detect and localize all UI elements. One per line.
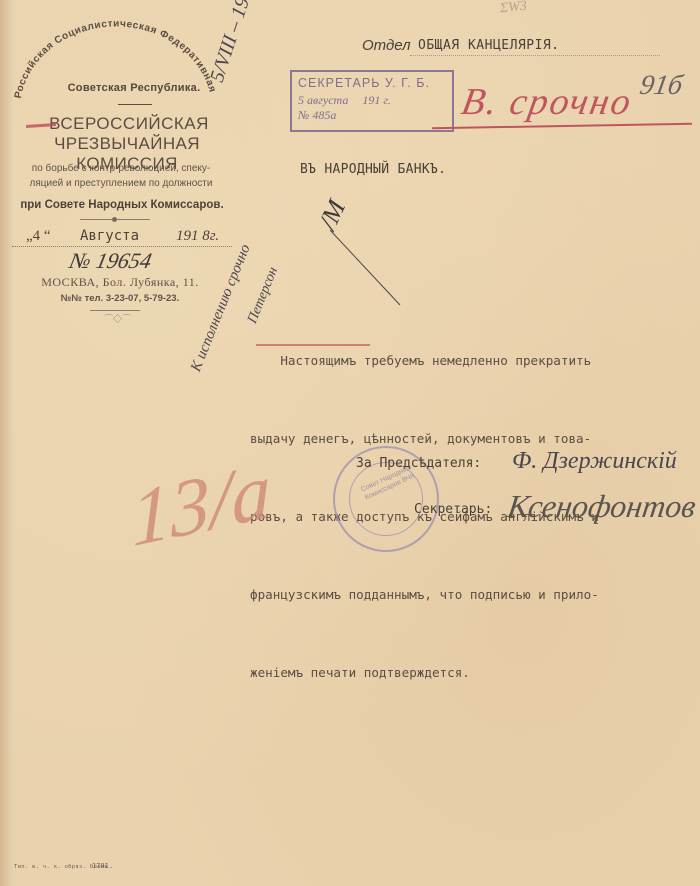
stamp-title: СЕКРЕТАРЬ У. Г. Б. [298, 76, 446, 90]
body-line: женіемъ печати подтверждется. [250, 660, 690, 686]
chairman-signature: Ф. Дзержинскій [512, 448, 677, 475]
handwritten-initials: /М [313, 196, 352, 235]
ornament-dot [112, 217, 117, 222]
date-underline [12, 246, 232, 247]
department-underline [410, 55, 660, 56]
date-day: „4 “ [26, 228, 51, 245]
form-number: 1701. [92, 862, 113, 870]
pencil-mark: ΣW3 [499, 0, 528, 17]
department-value: ОБЩАЯ КАНЦЕЛЯРІЯ. [418, 38, 560, 53]
stamp-number: № 485а [298, 108, 446, 123]
addressee: ВЪ НАРОДНЫЙ БАНКЪ. [300, 162, 446, 177]
secretary-label: Секретарь: [414, 502, 492, 517]
red-underline-highlight [256, 344, 370, 346]
date-month: Августа [80, 228, 139, 244]
republic-title: Советская Республика. [64, 82, 204, 94]
handwritten-resolution: К исполнению срочно [188, 242, 255, 374]
body-line: Настоящимъ требуемъ немедленно прекратит… [250, 348, 690, 374]
red-resolution: В. срочно [458, 80, 636, 124]
divider [90, 310, 140, 311]
pencil-number: 91б [637, 70, 685, 102]
chairman-label: За Предсѣдателя: [356, 456, 481, 471]
agency-purpose: по борьбе с контр-революцией, спеку- ляц… [10, 161, 232, 191]
phone-numbers: №№ тел. 3-23-07, 5-79-23. [10, 293, 230, 304]
department-label: Отдел [362, 37, 411, 54]
document-number: № 19654 [67, 248, 154, 274]
agency-affiliation: при Совете Народных Комиссаров. [8, 199, 236, 211]
secretary-signature: Ксенофонтов [505, 488, 698, 525]
date-year: 191 8г. [176, 228, 219, 245]
body-line: французскимъ подданнымъ, что подписью и … [250, 582, 690, 608]
ornament-icon: ⌒◇⌒ [104, 312, 131, 325]
stamp-date: 5 августа191 г. [298, 93, 446, 108]
divider [118, 104, 152, 105]
registry-stamp: СЕКРЕТАРЬ У. Г. Б. 5 августа191 г. № 485… [290, 70, 454, 132]
address: МОСКВА, Бол. Лубянка, 11. [10, 275, 230, 290]
